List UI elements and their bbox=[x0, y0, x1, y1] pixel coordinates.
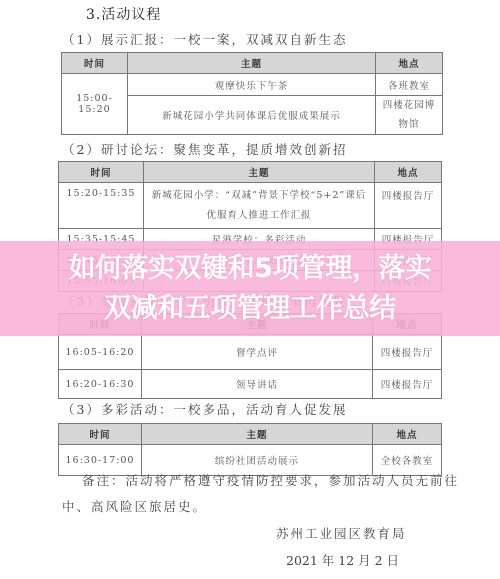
part2-heading: （2）研讨论坛：聚焦变革，提质增效创新招 bbox=[62, 140, 347, 158]
table-row: 15:00-15:20 观摩快乐下午茶 各班教室 bbox=[62, 74, 443, 96]
place-cell: 四楼报告厅 bbox=[373, 335, 442, 370]
time-cell: 16:05-16:20 bbox=[59, 335, 142, 370]
col-topic: 主题 bbox=[144, 162, 375, 183]
table-row: 15:20-15:35 新城花园小学：“双减”背景下学校“5+2”课后 优服育人… bbox=[59, 183, 442, 229]
col-place: 地点 bbox=[375, 162, 442, 183]
title-banner: 如何落实双键和5项管理，落实 双减和五项管理工作总结 bbox=[0, 241, 500, 336]
col-topic: 主题 bbox=[128, 53, 376, 74]
col-place: 地点 bbox=[373, 424, 442, 445]
topic-line: 优服育人推进工作汇报 bbox=[148, 206, 370, 226]
time-cell: 15:20-15:35 bbox=[59, 183, 144, 229]
place-cell: 四楼报告厅 bbox=[375, 183, 442, 229]
banner-title-line-2: 双减和五项管理工作总结 bbox=[0, 290, 500, 328]
section-heading: 3.活动议程 bbox=[86, 4, 161, 24]
time-cell: 15:00-15:20 bbox=[62, 74, 128, 135]
topic-cell: 新城花园小学共同体课后优服成果展示 bbox=[128, 96, 376, 135]
topic-cell: 新城花园小学：“双减”背景下学校“5+2”课后 优服育人推进工作汇报 bbox=[144, 183, 375, 229]
place-cell: 四楼花园博物馆 bbox=[376, 96, 443, 135]
topic-line: 新城花园小学：“双减”背景下学校“5+2”课后 bbox=[148, 186, 370, 206]
place-cell: 四楼报告厅 bbox=[373, 370, 442, 399]
part4-table: 时间 主题 地点 16:30-17:00 缤纷社团活动展示 全校各教室 bbox=[58, 423, 442, 476]
signature-date: 2021 年 12 月 2 日 bbox=[286, 551, 399, 569]
place-cell: 各班教室 bbox=[376, 74, 443, 96]
part4-heading: （3）多彩活动：一校多品，活动育人促发展 bbox=[62, 400, 347, 418]
col-time: 时间 bbox=[59, 424, 142, 445]
signature-org: 苏州工业园区教育局 bbox=[276, 524, 407, 542]
table-row: 16:05-16:20 督学点评 四楼报告厅 bbox=[59, 335, 442, 370]
col-topic: 主题 bbox=[142, 424, 373, 445]
note-line-2: 中、高风险区旅居史。 bbox=[62, 497, 207, 515]
topic-cell: 督学点评 bbox=[142, 335, 373, 370]
topic-cell: 观摩快乐下午茶 bbox=[128, 74, 376, 96]
col-time: 时间 bbox=[59, 162, 144, 183]
topic-cell: 领导讲话 bbox=[142, 370, 373, 399]
col-place: 地点 bbox=[376, 53, 443, 74]
banner-title-line-1: 如何落实双键和5项管理，落实 bbox=[0, 250, 500, 288]
part1-heading: （1）展示汇报：一校一案，双减双自新生态 bbox=[62, 30, 347, 48]
table-row: 16:20-16:30 领导讲话 四楼报告厅 bbox=[59, 370, 442, 399]
part1-table: 时间 主题 地点 15:00-15:20 观摩快乐下午茶 各班教室 新城花园小学… bbox=[61, 52, 443, 135]
time-cell: 16:20-16:30 bbox=[59, 370, 142, 399]
col-time: 时间 bbox=[62, 53, 128, 74]
note-line-1: 备注：活动将严格遵守疫情防控要求，参加活动人员无前往 bbox=[82, 471, 459, 489]
